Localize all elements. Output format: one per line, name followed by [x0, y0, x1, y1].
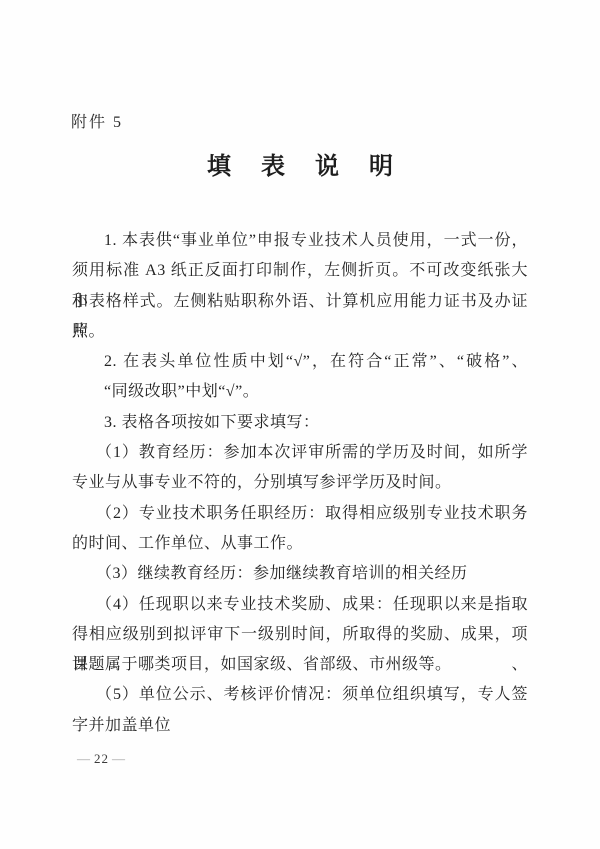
- body-line: “同级改职”中划“√”。: [72, 377, 528, 407]
- page-title: 填 表 说 明: [0, 146, 600, 181]
- body-line: （5）单位公示、考核评价情况：须单位组织填写，专人签: [72, 680, 528, 710]
- page-number-dash-right: —: [109, 751, 129, 766]
- body-line: （4）任现职以来专业技术奖励、成果：任现职以来是指取: [72, 590, 528, 620]
- body-line: 得相应级别到拟评审下一级别时间，所取得的奖励、成果，项目、: [72, 620, 528, 650]
- body-line: 字并加盖单位: [72, 711, 528, 741]
- body-line: 片。: [72, 317, 528, 347]
- body-line: （3）继续教育经历：参加继续教育培训的相关经历: [72, 559, 528, 589]
- attachment-label: 附件 5: [71, 109, 123, 132]
- body-line: 的时间、工作单位、从事工作。: [72, 529, 528, 559]
- body-line: （1）教育经历：参加本次评审所需的学历及时间，如所学: [72, 438, 528, 468]
- page-number: —22—: [74, 751, 129, 767]
- body-line: 须用标准 A3 纸正反面打印制作，左侧折页。不可改变纸张大小: [72, 256, 528, 286]
- body-line: 专业与从事专业不符的，分别填写参评学历及时间。: [72, 468, 528, 498]
- body-line: （2）专业技术职务任职经历：取得相应级别专业技术职务: [72, 499, 528, 529]
- body-line: 3. 表格各项按如下要求填写：: [72, 408, 528, 438]
- body-line: 和表格样式。左侧粘贴职称外语、计算机应用能力证书及办证照: [72, 287, 528, 317]
- document-page: 附件 5 填 表 说 明 1. 本表供“事业单位”申报专业技术人员使用，一式一份…: [0, 0, 600, 849]
- body-line: 1. 本表供“事业单位”申报专业技术人员使用，一式一份，: [72, 226, 528, 256]
- document-body: 1. 本表供“事业单位”申报专业技术人员使用，一式一份， 须用标准 A3 纸正反…: [72, 226, 528, 741]
- page-number-value: 22: [94, 751, 109, 766]
- page-number-dash-left: —: [74, 751, 94, 766]
- body-line: 2. 在表头单位性质中划“√”，在符合“正常”、“破格”、: [72, 347, 528, 377]
